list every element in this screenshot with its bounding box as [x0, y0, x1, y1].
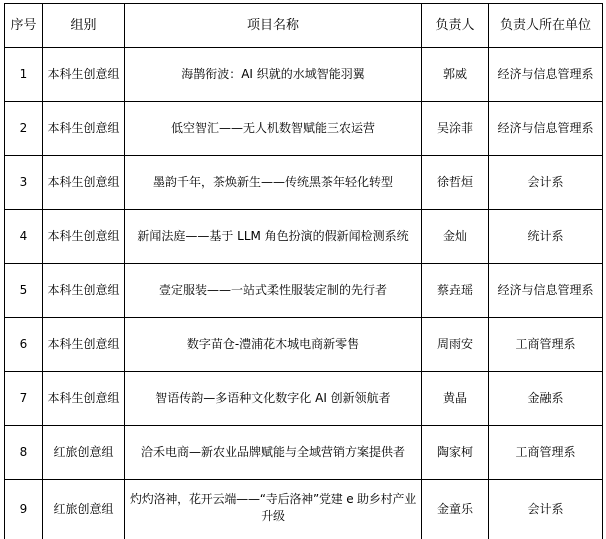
cell-serial: 4 [5, 210, 43, 264]
cell-group: 本科生创意组 [43, 102, 125, 156]
cell-unit: 经济与信息管理系 [489, 264, 603, 318]
cell-group: 本科生创意组 [43, 264, 125, 318]
cell-unit: 工商管理系 [489, 426, 603, 480]
cell-project: 墨韵千年，茶焕新生——传统黑茶年轻化转型 [125, 156, 422, 210]
cell-unit: 会计系 [489, 480, 603, 539]
cell-project: 灼灼洛神，花开云端——“寺后洛神”党建 e 助乡村产业升级 [125, 480, 422, 539]
cell-leader: 金灿 [422, 210, 489, 264]
cell-unit: 统计系 [489, 210, 603, 264]
header-leader: 负责人 [422, 4, 489, 48]
cell-serial: 8 [5, 426, 43, 480]
cell-leader: 蔡垚瑶 [422, 264, 489, 318]
cell-serial: 1 [5, 48, 43, 102]
cell-leader: 徐哲烜 [422, 156, 489, 210]
cell-serial: 5 [5, 264, 43, 318]
cell-unit: 经济与信息管理系 [489, 48, 603, 102]
project-table: 序号 组别 项目名称 负责人 负责人所在单位 1 本科生创意组 海鹊衔波：AI … [4, 3, 603, 539]
cell-serial: 7 [5, 372, 43, 426]
cell-leader: 吴涂菲 [422, 102, 489, 156]
cell-leader: 金童乐 [422, 480, 489, 539]
table-row: 6 本科生创意组 数字苗仓-澧浦花木城电商新零售 周雨安 工商管理系 [5, 318, 603, 372]
cell-leader: 陶家柯 [422, 426, 489, 480]
header-project-name: 项目名称 [125, 4, 422, 48]
cell-serial: 2 [5, 102, 43, 156]
table-row: 2 本科生创意组 低空智汇——无人机数智赋能三农运营 吴涂菲 经济与信息管理系 [5, 102, 603, 156]
table-row: 5 本科生创意组 壹定服装——一站式柔性服装定制的先行者 蔡垚瑶 经济与信息管理… [5, 264, 603, 318]
table-row: 9 红旅创意组 灼灼洛神，花开云端——“寺后洛神”党建 e 助乡村产业升级 金童… [5, 480, 603, 539]
cell-project: 新闻法庭——基于 LLM 角色扮演的假新闻检测系统 [125, 210, 422, 264]
table-row: 8 红旅创意组 洽禾电商—新农业品牌赋能与全域营销方案提供者 陶家柯 工商管理系 [5, 426, 603, 480]
header-row: 序号 组别 项目名称 负责人 负责人所在单位 [5, 4, 603, 48]
cell-leader: 黄晶 [422, 372, 489, 426]
header-leader-unit: 负责人所在单位 [489, 4, 603, 48]
header-serial: 序号 [5, 4, 43, 48]
cell-leader: 周雨安 [422, 318, 489, 372]
cell-unit: 会计系 [489, 156, 603, 210]
cell-project: 数字苗仓-澧浦花木城电商新零售 [125, 318, 422, 372]
cell-unit: 金融系 [489, 372, 603, 426]
table-row: 1 本科生创意组 海鹊衔波：AI 织就的水域智能羽翼 郭威 经济与信息管理系 [5, 48, 603, 102]
cell-group: 红旅创意组 [43, 480, 125, 539]
cell-project: 智语传韵—多语种文化数字化 AI 创新领航者 [125, 372, 422, 426]
table-row: 4 本科生创意组 新闻法庭——基于 LLM 角色扮演的假新闻检测系统 金灿 统计… [5, 210, 603, 264]
header-group: 组别 [43, 4, 125, 48]
cell-group: 本科生创意组 [43, 156, 125, 210]
cell-project: 壹定服装——一站式柔性服装定制的先行者 [125, 264, 422, 318]
cell-unit: 工商管理系 [489, 318, 603, 372]
cell-group: 红旅创意组 [43, 426, 125, 480]
cell-leader: 郭威 [422, 48, 489, 102]
table-row: 7 本科生创意组 智语传韵—多语种文化数字化 AI 创新领航者 黄晶 金融系 [5, 372, 603, 426]
cell-serial: 9 [5, 480, 43, 539]
cell-group: 本科生创意组 [43, 318, 125, 372]
cell-unit: 经济与信息管理系 [489, 102, 603, 156]
cell-group: 本科生创意组 [43, 48, 125, 102]
cell-project: 海鹊衔波：AI 织就的水域智能羽翼 [125, 48, 422, 102]
cell-serial: 3 [5, 156, 43, 210]
cell-project: 洽禾电商—新农业品牌赋能与全域营销方案提供者 [125, 426, 422, 480]
cell-group: 本科生创意组 [43, 372, 125, 426]
table-row: 3 本科生创意组 墨韵千年，茶焕新生——传统黑茶年轻化转型 徐哲烜 会计系 [5, 156, 603, 210]
cell-group: 本科生创意组 [43, 210, 125, 264]
cell-serial: 6 [5, 318, 43, 372]
cell-project: 低空智汇——无人机数智赋能三农运营 [125, 102, 422, 156]
